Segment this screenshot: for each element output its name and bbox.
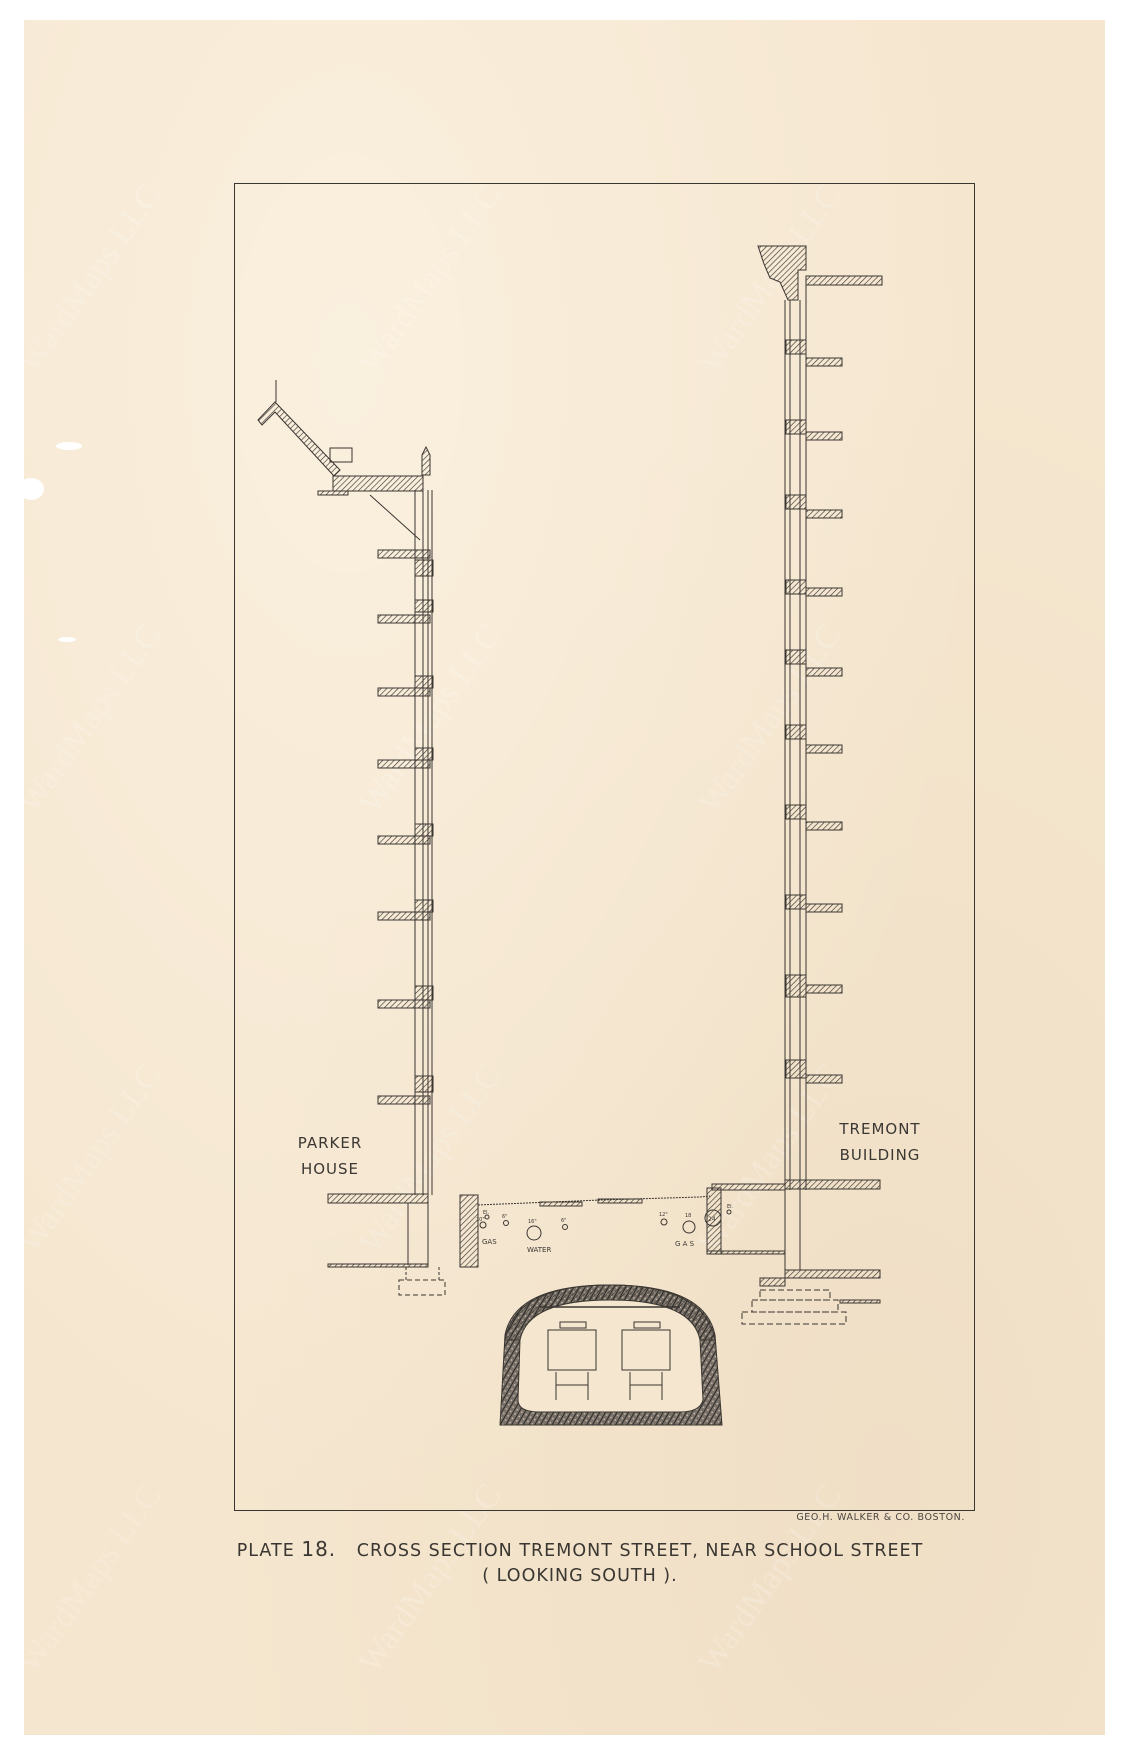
pipe-size-el-left: El. bbox=[483, 1210, 490, 1216]
gas-left-label: GAS bbox=[482, 1238, 497, 1246]
plate-caption: PLATE 18. CROSS SECTION TREMONT STREET, … bbox=[180, 1537, 980, 1561]
pipe-size-gas-right-2: 18 bbox=[685, 1213, 691, 1219]
tremont-building-label-line1: TREMONT bbox=[825, 1116, 935, 1142]
cross-section-drawing: GAS WATER G A S El. 10" 6" 16" 6" 12" 18… bbox=[0, 0, 1133, 1750]
pipe-size-water-main: 16" bbox=[528, 1219, 537, 1225]
pipe-size-water-small: 6" bbox=[561, 1218, 566, 1224]
tremont-building-label: TREMONT BUILDING bbox=[825, 1116, 935, 1168]
pipe-size-gas-right-1: 12" bbox=[659, 1212, 668, 1218]
plate-title: CROSS SECTION TREMONT STREET, NEAR SCHOO… bbox=[357, 1541, 924, 1561]
plate-number: PLATE 18. bbox=[237, 1541, 343, 1561]
parker-house-label-line2: HOUSE bbox=[280, 1156, 380, 1182]
plate-number-value: 18. bbox=[301, 1537, 336, 1561]
parker-house-label: PARKER HOUSE bbox=[280, 1130, 380, 1182]
pipe-size-gas-small-2: 6" bbox=[502, 1214, 507, 1220]
street-and-utilities bbox=[478, 1196, 731, 1240]
plate-subtitle: ( LOOKING SOUTH ). bbox=[180, 1566, 980, 1586]
publisher-credit: GEO.H. WALKER & CO. BOSTON. bbox=[796, 1512, 965, 1523]
water-label: WATER bbox=[527, 1246, 551, 1254]
gas-right-label: G A S bbox=[675, 1240, 695, 1248]
pipe-size-gas-small-1: 10" bbox=[476, 1217, 485, 1223]
tremont-building-label-line2: BUILDING bbox=[825, 1142, 935, 1168]
pipe-size-gas-right-3: 24 bbox=[708, 1216, 716, 1223]
subway-tunnel bbox=[500, 1285, 722, 1425]
plate-number-label: PLATE bbox=[237, 1541, 295, 1561]
parker-house-label-line1: PARKER bbox=[280, 1130, 380, 1156]
pipe-size-el-right: El. bbox=[727, 1204, 734, 1210]
